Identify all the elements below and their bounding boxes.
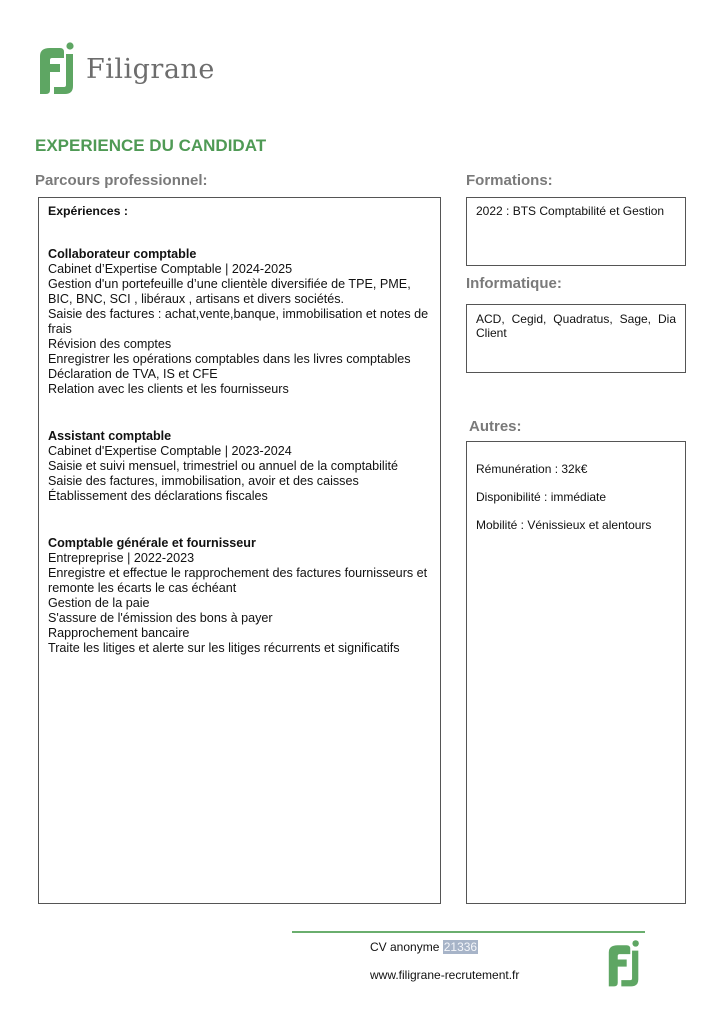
- cv-id: 21336: [443, 940, 478, 954]
- formations-box: 2022 : BTS Comptabilité et Gestion: [466, 197, 686, 266]
- brand-name: Filigrane: [86, 54, 215, 85]
- job-company-period: Cabinet d’Expertise Comptable | 2024-202…: [48, 262, 431, 277]
- job-task: Établissement des déclarations fiscales: [48, 489, 431, 504]
- footer-divider: [292, 931, 645, 933]
- mobilite: Mobilité : Vénissieux et alentours: [476, 518, 676, 532]
- experience-entry: Comptable générale et fournisseurEntrepr…: [48, 536, 431, 656]
- page-title: EXPERIENCE DU CANDIDAT: [35, 136, 266, 156]
- job-task: S'assure de l'émission des bons à payer: [48, 611, 431, 626]
- job-task: Saisie des factures : achat,vente,banque…: [48, 307, 431, 337]
- informatique-box: ACD, Cegid, Quadratus, Sage, Dia Client: [466, 304, 686, 373]
- experience-entry: Collaborateur comptableCabinet d’Experti…: [48, 247, 431, 397]
- job-task: Enregistrer les opérations comptables da…: [48, 352, 431, 367]
- cv-label: CV anonyme: [370, 940, 439, 954]
- brand-logo: Filigrane: [38, 42, 218, 98]
- experiences-box: Expériences : Collaborateur comptableCab…: [38, 197, 441, 904]
- filigrane-fi-logo-icon: [38, 42, 76, 96]
- experience-entry: Assistant comptableCabinet d'Expertise C…: [48, 429, 431, 504]
- formation-entry: 2022 : BTS Comptabilité et Gestion: [476, 204, 676, 218]
- job-title: Comptable générale et fournisseur: [48, 536, 431, 551]
- job-title: Assistant comptable: [48, 429, 431, 444]
- website-link[interactable]: www.filigrane-recrutement.fr: [370, 968, 519, 982]
- autres-label: Autres:: [469, 418, 522, 435]
- informatique-label: Informatique:: [466, 275, 562, 292]
- job-task: Enregistre et effectue le rapprochement …: [48, 566, 431, 596]
- software-list: ACD, Cegid, Quadratus, Sage, Dia Client: [476, 312, 676, 340]
- job-task: Traite les litiges et alerte sur les lit…: [48, 641, 431, 656]
- job-task: Gestion de la paie: [48, 596, 431, 611]
- job-task: Révision des comptes: [48, 337, 431, 352]
- job-task: Saisie des factures, immobilisation, avo…: [48, 474, 431, 489]
- cv-anonyme: CV anonyme 21336: [370, 940, 478, 954]
- experiences-header: Expériences :: [48, 204, 431, 219]
- job-company-period: Entrepreprise | 2022-2023: [48, 551, 431, 566]
- disponibilite: Disponibilité : immédiate: [476, 490, 676, 504]
- job-title: Collaborateur comptable: [48, 247, 431, 262]
- filigrane-fi-logo-icon: [607, 938, 641, 990]
- job-company-period: Cabinet d'Expertise Comptable | 2023-202…: [48, 444, 431, 459]
- parcours-label: Parcours professionnel:: [35, 172, 208, 189]
- job-task: Rapprochement bancaire: [48, 626, 431, 641]
- job-task: Déclaration de TVA, IS et CFE: [48, 367, 431, 382]
- job-task: Saisie et suivi mensuel, trimestriel ou …: [48, 459, 431, 474]
- formations-label: Formations:: [466, 172, 553, 189]
- job-task: Relation avec les clients et les fournis…: [48, 382, 431, 397]
- remuneration: Rémunération : 32k€: [476, 462, 676, 476]
- job-task: Gestion d'un portefeuille d’une clientèl…: [48, 277, 431, 307]
- autres-box: Rémunération : 32k€ Disponibilité : immé…: [466, 441, 686, 904]
